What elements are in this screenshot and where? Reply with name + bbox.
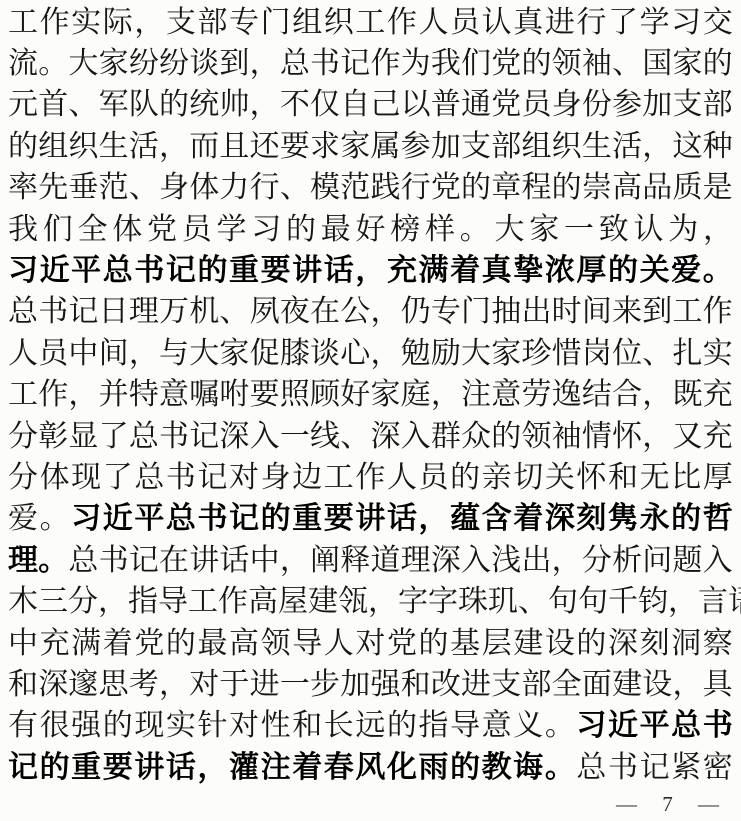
text-char: 入	[250, 422, 280, 452]
text-char: 大	[68, 49, 98, 79]
text-char: 。	[545, 753, 575, 783]
text-char: 崇	[582, 173, 612, 203]
text-char: 挚	[513, 256, 543, 286]
text-char: 要	[280, 132, 310, 162]
text-char: 句	[548, 587, 578, 617]
text-char: 谈	[310, 339, 340, 369]
text-char: 工	[324, 463, 354, 493]
text-char: 属	[370, 132, 400, 162]
text-char: 体	[189, 173, 219, 203]
text-char: 。	[545, 711, 575, 741]
text-char: 作	[370, 49, 400, 79]
text-char: 厚	[703, 463, 733, 493]
text-char: 建	[308, 587, 338, 617]
text-char: 真	[482, 256, 512, 286]
text-char: 平	[640, 711, 670, 741]
text-char: 出	[521, 546, 551, 576]
text-char: 玑	[488, 587, 518, 617]
text-char: 察	[703, 629, 733, 659]
text-char: 着	[103, 629, 133, 659]
text-char: 诲	[513, 753, 543, 783]
text-char: 好	[340, 380, 370, 410]
text-char: 部	[703, 90, 733, 120]
text-char: 记	[166, 256, 196, 286]
text-char: 实	[71, 8, 101, 38]
text-char: 指	[419, 711, 449, 741]
text-char: 党	[147, 215, 177, 245]
text-char: 家	[99, 49, 129, 79]
text-char: 活	[612, 132, 642, 162]
text-char: 大	[189, 339, 219, 369]
text-char: 顾	[310, 380, 340, 410]
text-char: 部	[197, 8, 227, 38]
text-char: ，	[552, 546, 582, 576]
text-char: 建	[513, 629, 543, 659]
text-char: 又	[672, 422, 702, 452]
text-char: 书	[608, 753, 638, 783]
text-char: 入	[461, 546, 491, 576]
text-char: 作	[355, 463, 385, 493]
text-char: 含	[482, 504, 512, 534]
text-char: 元	[8, 90, 38, 120]
text-char: 支	[166, 8, 196, 38]
text-char: 刻	[640, 629, 670, 659]
text-char: 记	[68, 297, 98, 327]
text-line: 工作，并特意嘱咐要照顾好家庭，注意劳逸结合，既充	[8, 375, 733, 416]
text-char: 以	[401, 90, 431, 120]
text-char: 家	[340, 132, 370, 162]
text-char: 的	[450, 753, 480, 783]
text-char: 这	[672, 132, 702, 162]
text-char: 步	[310, 670, 340, 700]
text-char: 的	[159, 90, 189, 120]
text-char: 高	[612, 173, 642, 203]
text-char: 教	[482, 753, 512, 783]
text-char: 导	[158, 587, 188, 617]
text-char: 、	[280, 173, 310, 203]
text-char: 意	[159, 380, 189, 410]
text-char: 工	[672, 297, 702, 327]
text-line: 记的重要讲话，灌注着春风化雨的教诲。总书记紧密	[8, 747, 733, 788]
text-char: 夜	[280, 297, 310, 327]
text-line: 工作实际，支部专门组织工作人员认真进行了学习交	[8, 2, 733, 43]
text-char: 钧	[638, 587, 668, 617]
text-char: 特	[129, 380, 159, 410]
text-char: 作	[218, 587, 248, 617]
text-char: 仅	[310, 90, 340, 120]
text-char: 对	[229, 711, 259, 741]
text-char: 进	[545, 8, 575, 38]
text-char: 深	[38, 670, 68, 700]
text-char: 满	[71, 629, 101, 659]
text-char: 认	[634, 215, 664, 245]
text-char: 刻	[576, 504, 606, 534]
text-char: 屋	[278, 587, 308, 617]
text-char: 而	[189, 132, 219, 162]
text-char: 国	[642, 49, 672, 79]
text-char: 学	[640, 8, 670, 38]
text-char: 率	[8, 173, 38, 203]
text-char: 中	[68, 339, 98, 369]
text-char: 深	[608, 629, 638, 659]
text-char: 密	[703, 753, 733, 783]
text-char: 珠	[458, 587, 488, 617]
text-char: 怀	[576, 463, 606, 493]
text-line: 理。总书记在讲话中，阐释道理深入浅出，分析问题入	[8, 540, 733, 581]
text-char: 身	[159, 173, 189, 203]
text-char: ，	[642, 380, 672, 410]
text-char: 学	[217, 215, 247, 245]
text-char: 风	[355, 753, 385, 783]
text-char: 近	[103, 504, 133, 534]
text-line: 我们全体党员学习的最好榜样。大家一致认为，	[8, 209, 733, 250]
text-char: 习	[671, 8, 701, 38]
text-char: 万	[159, 297, 189, 327]
text-char: 纷	[159, 49, 189, 79]
text-char: 雨	[419, 753, 449, 783]
text-char: 体	[112, 215, 142, 245]
text-char: ，	[672, 670, 702, 700]
text-char: 党	[491, 49, 521, 79]
scanned-document-page: 工作实际，支部专门组织工作人员认真进行了学习交流。大家纷纷谈到，总书记作为我们党…	[0, 0, 741, 821]
text-char: 结	[582, 380, 612, 410]
text-char: 践	[370, 173, 400, 203]
text-char: 的	[576, 629, 606, 659]
text-char: 三	[38, 587, 68, 617]
text-char: 人	[419, 8, 449, 38]
text-char: 关	[545, 463, 575, 493]
text-char: 章	[491, 173, 521, 203]
text-char: ，	[98, 587, 128, 617]
text-char: 织	[324, 8, 354, 38]
text-line: 和深邃思考，对于进一步加强和改进支部全面建设，具	[8, 664, 733, 705]
text-char: 导	[292, 629, 322, 659]
text-char: 设	[642, 670, 672, 700]
text-char: 专	[229, 8, 259, 38]
text-char: 大	[495, 215, 525, 245]
text-char: 作	[387, 8, 417, 38]
text-char: ，	[68, 380, 98, 410]
text-char: ，	[642, 132, 672, 162]
text-char: 时	[552, 297, 582, 327]
text-char: 纷	[129, 49, 159, 79]
text-char: ，	[370, 297, 400, 327]
text-char: 仍	[401, 297, 431, 327]
text-char: 求	[310, 132, 340, 162]
text-char: 于	[219, 670, 249, 700]
text-char: 紧	[671, 753, 701, 783]
text-char: 高	[248, 587, 278, 617]
text-char: 中	[8, 629, 38, 659]
text-char: 模	[310, 173, 340, 203]
text-char: 记	[229, 504, 259, 534]
text-char: 亲	[482, 463, 512, 493]
text-char: 线	[310, 422, 340, 452]
text-char: 对	[189, 670, 219, 700]
text-char: 义	[513, 711, 543, 741]
text-char: 的	[461, 173, 491, 203]
text-char: 要	[103, 753, 133, 783]
text-char: ，	[250, 49, 280, 79]
text-char: 讲	[189, 546, 219, 576]
text-line: 流。大家纷纷谈到，总书记作为我们党的领袖、国家的	[8, 43, 733, 84]
text-char: 现	[71, 463, 101, 493]
text-char: 统	[189, 90, 219, 120]
text-char: 为	[401, 49, 431, 79]
text-char: 有	[8, 711, 38, 741]
text-char: 和	[401, 670, 431, 700]
text-char: 组	[292, 8, 322, 38]
text-char: ，	[280, 546, 310, 576]
text-char: 员	[38, 339, 68, 369]
text-char: 际	[103, 8, 133, 38]
text-char: 行	[250, 173, 280, 203]
text-char: 工	[8, 380, 38, 410]
text-char: 浅	[491, 546, 521, 576]
text-char: 家	[219, 339, 249, 369]
text-char: 切	[513, 463, 543, 493]
text-char: 、	[68, 90, 98, 120]
text-char: 理	[8, 546, 38, 576]
text-line: 率先垂范、身体力行、模范践行党的章程的崇高品质是	[8, 168, 733, 209]
text-char: 满	[419, 256, 449, 286]
text-char: 合	[612, 380, 642, 410]
text-char: ，	[703, 215, 733, 245]
text-char: 着	[450, 256, 480, 286]
text-char: 语	[728, 587, 741, 617]
text-char: 日	[99, 297, 129, 327]
text-char: 讲	[134, 753, 164, 783]
text-char: 很	[40, 711, 70, 741]
text-char: 垂	[68, 173, 98, 203]
text-char: 的	[8, 132, 38, 162]
text-char: 长	[324, 711, 354, 741]
text-char: 和	[608, 463, 638, 493]
text-char: 基	[450, 629, 480, 659]
text-char: 对	[355, 629, 385, 659]
text-char: 深	[219, 422, 249, 452]
text-char: 书	[197, 504, 227, 534]
text-char: 分	[582, 546, 612, 576]
text-char: 中	[250, 546, 280, 576]
text-char: 支	[461, 132, 491, 162]
text-char: 谈	[189, 49, 219, 79]
text-char: ，	[159, 132, 189, 162]
text-char: 层	[482, 629, 512, 659]
text-char: 书	[310, 49, 340, 79]
text-char: 一	[280, 670, 310, 700]
text-char: 分	[8, 422, 38, 452]
text-char: 重	[292, 504, 322, 534]
text-char: 。	[38, 546, 68, 576]
text-char: 重	[71, 753, 101, 783]
text-char: ，	[419, 504, 449, 534]
text-char: 化	[387, 753, 417, 783]
text-char: 、	[129, 173, 159, 203]
text-char: 领	[521, 422, 551, 452]
text-char: 袖	[552, 422, 582, 452]
text-char: 膝	[280, 339, 310, 369]
text-char: 关	[640, 256, 670, 286]
text-line: 习近平总书记的重要讲话，充满着真挚浓厚的关爱。	[8, 250, 733, 291]
text-char: 既	[672, 380, 702, 410]
text-char: 最	[321, 215, 351, 245]
text-char: 书	[166, 463, 196, 493]
text-char: 意	[491, 380, 521, 410]
text-char: 指	[128, 587, 158, 617]
text-line: 木三分，指导工作高屋建瓴，字字珠玑、句句千钧，言语	[8, 581, 733, 622]
text-char: 的	[387, 711, 417, 741]
text-char: 加	[642, 90, 672, 120]
text-char: 交	[703, 8, 733, 38]
text-char: 好	[356, 215, 386, 245]
text-char: 平	[71, 256, 101, 286]
text-char: 的	[521, 49, 551, 79]
text-char: 怀	[612, 422, 642, 452]
text-char: 、	[612, 49, 642, 79]
text-char: 入	[703, 546, 733, 576]
text-char: 注	[461, 380, 491, 410]
text-char: 众	[461, 422, 491, 452]
text-char: 总	[166, 504, 196, 534]
text-char: 面	[582, 670, 612, 700]
text-char: 的	[450, 463, 480, 493]
text-char: 先	[38, 173, 68, 203]
text-char: 边	[292, 463, 322, 493]
text-char: 家	[672, 49, 702, 79]
text-char: 全	[552, 670, 582, 700]
text-char: ，	[368, 587, 398, 617]
text-char: 强	[370, 670, 400, 700]
text-char: 永	[640, 504, 670, 534]
text-char: 帅	[219, 90, 249, 120]
text-char: 抽	[491, 297, 521, 327]
text-char: 进	[461, 670, 491, 700]
text-char: 和	[8, 670, 38, 700]
text-char: 木	[8, 587, 38, 617]
text-char: 样	[425, 215, 455, 245]
text-char: 瓴	[338, 587, 368, 617]
text-char: 隽	[608, 504, 638, 534]
text-char: 理	[129, 297, 159, 327]
text-char: 支	[672, 90, 702, 120]
text-char: 一	[280, 422, 310, 452]
text-char: 行	[576, 8, 606, 38]
text-char: 我	[431, 49, 461, 79]
text-char: 充	[703, 380, 733, 410]
text-line: 爱。习近平总书记的重要讲话，蕴含着深刻隽永的哲	[8, 499, 733, 540]
text-char: 要	[261, 256, 291, 286]
text-char: 入	[401, 422, 431, 452]
text-char: 、	[340, 422, 370, 452]
text-char: 与	[159, 339, 189, 369]
text-char: 队	[129, 90, 159, 120]
text-char: 领	[552, 49, 582, 79]
text-char: 自	[340, 90, 370, 120]
text-char: 总	[134, 463, 164, 493]
text-char: 首	[38, 90, 68, 120]
text-char: 深	[545, 504, 575, 534]
text-char: 出	[521, 297, 551, 327]
text-char: 嘱	[189, 380, 219, 410]
text-char: 的	[608, 256, 638, 286]
text-char: 咐	[219, 380, 249, 410]
text-char: 在	[159, 546, 189, 576]
text-char: 显	[68, 422, 98, 452]
text-char: 考	[129, 670, 159, 700]
text-line: 分体现了总书记对身边工作人员的亲切关怀和无比厚	[8, 457, 733, 498]
text-char: 到	[642, 297, 672, 327]
text-char: 体	[40, 463, 70, 493]
text-char: 在	[310, 297, 340, 327]
text-char: 家	[370, 380, 400, 410]
text-char: 强	[71, 711, 101, 741]
text-char: 生	[99, 132, 129, 162]
text-char: 力	[219, 173, 249, 203]
text-line: 的组织生活，而且还要求家属参加支部组织生活，这种	[8, 126, 733, 167]
text-char: 字	[428, 587, 458, 617]
text-char: 袖	[582, 49, 612, 79]
text-char: 书	[703, 711, 733, 741]
text-char: 注	[261, 753, 291, 783]
text-char: ，	[431, 380, 461, 410]
text-char: 促	[250, 339, 280, 369]
text-char: ，	[668, 587, 698, 617]
text-char: 习	[576, 711, 606, 741]
text-char: 党	[491, 90, 521, 120]
text-char: 分	[68, 587, 98, 617]
text-char: 支	[491, 670, 521, 700]
text-char: 书	[99, 546, 129, 576]
text-char: 位	[612, 339, 642, 369]
text-char: 建	[612, 670, 642, 700]
text-char: 话	[387, 504, 417, 534]
text-char: 珍	[521, 339, 551, 369]
text-char: 性	[261, 711, 291, 741]
text-char: 群	[431, 422, 461, 452]
text-char: 且	[219, 132, 249, 162]
text-char: 普	[431, 90, 461, 120]
text-char: 深	[370, 422, 400, 452]
text-char: 员	[450, 8, 480, 38]
text-char: 对	[229, 463, 259, 493]
text-char: ，	[129, 339, 159, 369]
text-char: 记	[129, 546, 159, 576]
text-char: 记	[189, 422, 219, 452]
text-char: 质	[672, 173, 702, 203]
text-char: 平	[134, 504, 164, 534]
text-char: 记	[340, 49, 370, 79]
text-char: 到	[219, 49, 249, 79]
text-char: 、	[642, 339, 672, 369]
text-char: 要	[250, 380, 280, 410]
text-char: 记	[8, 753, 38, 783]
text-char: 身	[552, 90, 582, 120]
text-char: 要	[324, 504, 354, 534]
text-char: 书	[38, 297, 68, 327]
text-char: 书	[159, 422, 189, 452]
text-char: 。	[38, 49, 68, 79]
text-char: ，	[355, 256, 385, 286]
text-char: 春	[324, 753, 354, 783]
text-char: 公	[340, 297, 370, 327]
text-char: 为	[668, 215, 698, 245]
text-char: 加	[340, 670, 370, 700]
text-char: 着	[292, 753, 322, 783]
text-char: 了	[608, 8, 638, 38]
text-char: 总	[68, 546, 98, 576]
text-char: 的	[166, 629, 196, 659]
